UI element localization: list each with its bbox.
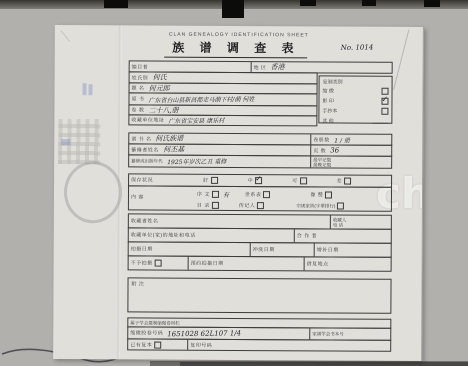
film-no-value: 1651028 62L107 1/4 (167, 329, 241, 338)
owner-cell: 收藏者姓名 (129, 214, 331, 228)
surname-value: 何氏 (152, 72, 166, 82)
shoot-date-label: 拍摄日期 (131, 245, 153, 252)
row-repository: 收藏单位地址 广东省宝安县 康乐村 (128, 114, 317, 126)
film-mark (222, 0, 244, 18)
book-title-value: 何氏族谱 (156, 133, 184, 143)
borrow-cell: 借复地点 (305, 257, 391, 270)
owner-side-cell: 收藏人 电 话 (331, 215, 391, 228)
row-duplicate: 已有复本 复印号码 (127, 338, 391, 351)
copy-type-box: 复制类别 缩 微 影 印 ✓ 手抄本 其 他 (318, 75, 392, 123)
region-label: 地 区 (254, 64, 267, 71)
content-option-label: 世系表 (245, 191, 262, 198)
checkbox-condition-ok[interactable] (300, 177, 307, 184)
content-option: 宗规家训(字辈排行) (296, 202, 344, 209)
title-label: 题 名 (132, 84, 145, 91)
content-options-line1: 序 文 有 世系表 像 赞 (197, 190, 389, 200)
condition-option: 差 (337, 178, 352, 185)
remarks-label: 附 注 (132, 281, 145, 287)
planned-date-label: 预约拍摄日期 (191, 260, 224, 267)
address-label: 收藏单位(家)的地址和电话 (131, 231, 196, 238)
gsu-header: 属于学会摄制缩微卷用栏 (130, 320, 180, 325)
copy-type-label: 缩 微 (323, 87, 334, 94)
gsu-no-cell: 家谱学会书本号 (310, 328, 390, 339)
addendum-date-label: 增补日期 (317, 246, 339, 253)
develop-date-cell: 冲洗日期 (251, 243, 315, 256)
content-options-line2: 目 录 传记人 宗规家训(字辈排行) (197, 202, 389, 210)
row-year: 纂修或出版年代 1925年岁次乙丑 重修 最早记载 最晚记载 (128, 154, 392, 168)
compiler-label: 纂修者姓名 (131, 146, 159, 153)
checkbox-clan-rules[interactable] (337, 203, 344, 210)
condition-option: 好 (203, 177, 218, 184)
stamp-mark (83, 83, 87, 95)
content-options: 序 文 有 世系表 像 赞 目 录 (187, 190, 389, 210)
vol-count-label: 卷册数 (313, 136, 330, 143)
copy-type-label: 其 他 (322, 117, 333, 124)
checkbox-portraits[interactable] (325, 191, 332, 198)
checkbox-preface[interactable] (212, 191, 219, 198)
records-range-cell: 最早记载 最晚记载 (311, 156, 391, 167)
origin-label: 原 书 (131, 95, 144, 102)
addendum-date-cell: 增补日期 (315, 243, 391, 256)
no-shoot-label: 不予拍摄 (131, 259, 153, 266)
condition-label: 保存状况 (131, 176, 187, 183)
copy-type-item: 其 他 (322, 115, 388, 125)
duplicate-label: 已有复本 (130, 341, 152, 348)
pages-value: 36 (330, 146, 339, 154)
duplicate-cell: 已有复本 (128, 339, 188, 349)
film-no-label: 缩微胶卷号码 (130, 329, 163, 336)
copy-no-cell: 复印号码 (188, 340, 390, 351)
region-value: 香港 (270, 62, 284, 72)
condition-option: 可 (292, 177, 307, 184)
vol-count-value: 1 / 册 (334, 135, 350, 144)
checkbox-condition-good[interactable] (211, 177, 218, 184)
copy-type-item: 手抄本 (322, 105, 388, 115)
year-cell: 纂修或出版年代 1925年岁次乙丑 重修 (129, 155, 311, 167)
year-label: 纂修或出版年代 (131, 158, 163, 163)
page-title: 族 谱 调 查 表 (164, 39, 307, 59)
condition-option-label: 好 (203, 177, 209, 184)
copy-no-label: 复印号码 (190, 341, 212, 348)
shoot-date-cell: 拍摄日期 (129, 242, 251, 256)
content-option-label: 像 赞 (310, 191, 323, 198)
address-cell: 收藏单位(家)的地址和电话 (129, 228, 295, 242)
content-option-label: 传记人 (239, 202, 256, 209)
no-shoot-cell: 不予拍摄 (129, 256, 189, 269)
row-content: 内 容 序 文 有 世系表 像 赞 (128, 185, 392, 211)
condition-option-label: 差 (337, 178, 343, 185)
vol-count-cell: 卷册数 1 / 册 (311, 134, 391, 144)
film-mark (362, 0, 376, 6)
repository-value: 广东省宝安县 康乐村 (168, 115, 224, 125)
document-number: No. 1014 (341, 43, 374, 51)
content-option: 世系表 (245, 190, 271, 199)
content-option: 传记人 (239, 202, 265, 209)
watermark-circle-stamp (64, 161, 122, 223)
volumes-label: 卷 数 (131, 106, 144, 113)
scanned-document: ch CLAN GENEALOGY IDENTIFICATION SHEET 族… (0, 0, 468, 366)
checkbox-table-of-contents[interactable] (212, 202, 219, 209)
remarks-box: 附 注 (127, 277, 391, 313)
borrow-label: 借复地点 (307, 260, 329, 267)
content-option: 序 文 有 (197, 190, 229, 199)
surname-label: 姓氏别 (132, 74, 149, 81)
checkbox-condition-fair[interactable]: ✓ (255, 177, 262, 184)
repository-label: 收藏单位地址 (131, 116, 164, 123)
condition-option-label: 可 (292, 177, 298, 184)
copy-type-item: 影 印 ✓ (322, 95, 388, 105)
cataloger-cell: 编目者 (130, 61, 252, 72)
checkbox-biographies[interactable] (257, 202, 264, 209)
content-option-label: 目 录 (197, 202, 210, 209)
scanner-bottom-strip-dark (180, 362, 468, 366)
other-blank-line (372, 118, 388, 123)
planned-date-cell: 预约拍摄日期 (189, 257, 305, 271)
copy-type-item: 缩 微 (323, 85, 389, 95)
gsu-no-label: 家谱学会书本号 (312, 331, 344, 336)
year-value: 1925年岁次乙丑 重修 (167, 156, 226, 166)
film-mark (104, 0, 128, 8)
checkbox-no-shoot[interactable] (155, 260, 162, 267)
collaborator-label: 合 作 者 (297, 232, 317, 239)
cataloger-label: 编目者 (132, 63, 149, 70)
develop-date-label: 冲洗日期 (253, 246, 275, 253)
content-option: 目 录 (197, 202, 219, 209)
content-note: 有 (223, 190, 229, 199)
checkbox-manuscript[interactable] (381, 107, 388, 114)
owner-label: 收藏者姓名 (131, 217, 159, 224)
compiler-value: 何丕基 (163, 145, 184, 155)
checkbox-photocopy[interactable]: ✓ (381, 97, 388, 104)
copy-type-label: 手抄本 (322, 107, 337, 114)
pages-cell: 页 数 36 (311, 145, 391, 155)
checkbox-condition-poor[interactable] (344, 178, 351, 185)
content-option-label: 序 文 (197, 191, 210, 198)
checkbox-lineage-chart[interactable] (263, 191, 270, 198)
film-mark (300, 0, 316, 6)
content-label: 内 容 (131, 193, 187, 200)
latest-label: 最晚记载 (313, 162, 331, 167)
condition-option-label: 中 (248, 177, 254, 184)
film-mark (424, 0, 440, 7)
checkbox-duplicate[interactable] (154, 341, 161, 348)
english-header: CLAN GENEALOGY IDENTIFICATION SHEET (55, 31, 423, 39)
origin-value: 广东省台山县新昌都走马蓢下村/蓢 何姓 (148, 94, 254, 104)
stamp-mark (89, 84, 93, 95)
content-option: 像 赞 (310, 190, 332, 199)
collaborator-cell: 合 作 者 (295, 229, 391, 243)
paper-sheet: ch CLAN GENEALOGY IDENTIFICATION SHEET 族… (53, 25, 424, 361)
condition-option: 中 ✓ (248, 177, 263, 184)
owner-side-line2: 电 话 (333, 222, 343, 227)
content-option-label: 宗规家训(字辈排行) (296, 203, 335, 208)
book-title-label: 谱 书 名 (131, 135, 151, 142)
checkbox-microfilm[interactable] (382, 87, 389, 94)
row-no-shoot: 不予拍摄 预约拍摄日期 借复地点 (128, 255, 392, 271)
pages-label: 页 数 (313, 147, 326, 154)
copy-type-label: 影 印 (322, 97, 333, 104)
stamp-mark (61, 139, 70, 145)
